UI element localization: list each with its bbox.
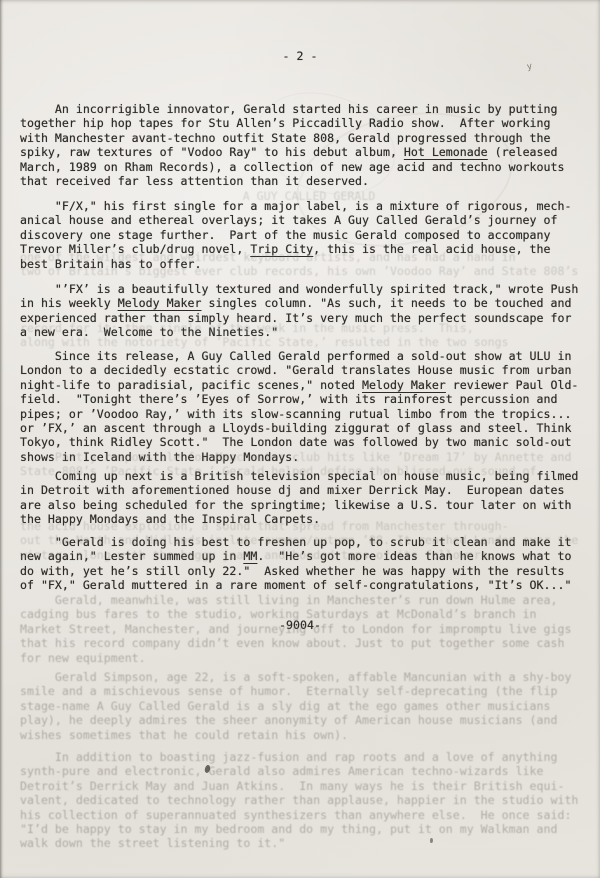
ghost-text-block: one of the wildest and weirdest keyboard… bbox=[20, 250, 598, 279]
ghost-text-line: his collection of superannuated synthesi… bbox=[20, 808, 598, 822]
document-page: - 2 - An incorrigible innovator, Gerald … bbox=[0, 0, 600, 878]
text-segment: together hip hop tapes for Stu Allen’s P… bbox=[20, 116, 550, 130]
text-segment: discovery one stage further. Part of the… bbox=[20, 228, 550, 242]
ghost-text-line: winter, along with the baggy jeans and h… bbox=[20, 548, 598, 562]
text-segment: "’FX’ is a beautifully textured and wond… bbox=[20, 282, 578, 296]
ghost-text-line: Gerald Simpson, age 22, is a soft-spoken… bbox=[20, 670, 598, 684]
ghost-text-line: play), he deeply admires the sheer anony… bbox=[20, 713, 598, 727]
text-segment: spiky, raw textures of "Vodoo Ray" to hi… bbox=[20, 145, 404, 159]
text-segment: anical house and ethereal overlays; it t… bbox=[20, 213, 557, 227]
ghost-text-block: In addition to boasting jazz-fusion and … bbox=[20, 750, 598, 851]
text-segment: are also being scheduled for the springt… bbox=[20, 498, 571, 512]
text-line: in Detroit with aforementioned house dj … bbox=[20, 483, 598, 497]
ghost-text-block: Gerald, meanwhile, was still living in M… bbox=[20, 593, 598, 665]
ghost-text-line: "I’d be happy to stay in my bedroom and … bbox=[20, 822, 598, 836]
text-line: Since its release, A Guy Called Gerald p… bbox=[20, 349, 598, 363]
text-line: anical house and ethereal overlays; it t… bbox=[20, 213, 598, 227]
text-segment: pipes; or ’Voodoo Ray,’ with its slow-sc… bbox=[20, 407, 571, 421]
text-line: that received far less attention than it… bbox=[20, 174, 598, 188]
ghost-text-line: Market Street, Manchester, and journeyin… bbox=[20, 622, 598, 636]
ghost-text-line: the acid house explosion, a sound that s… bbox=[20, 519, 598, 533]
ghost-text-line: stage-name A Guy Called Gerald is a sly … bbox=[20, 699, 598, 713]
text-line: spiky, raw textures of "Vodoo Ray" to hi… bbox=[20, 145, 598, 159]
text-segment: singles column. "As such, it needs to be… bbox=[202, 296, 572, 310]
ghost-text-line: In addition to boasting jazz-fusion and … bbox=[20, 750, 598, 764]
ghost-text-block: Gerald Simpson, age 22, is a soft-spoken… bbox=[20, 670, 598, 742]
ghost-text-block: record for it; then single of the week i… bbox=[20, 321, 598, 350]
underlined-title: Melody Maker bbox=[118, 296, 202, 310]
ghost-text-line: Gerald, meanwhile, was still living in M… bbox=[20, 593, 598, 607]
ghost-text-line: Partly responsible for Manchester club h… bbox=[20, 450, 598, 464]
text-line: London to a decidedly ecstatic crowd. "G… bbox=[20, 363, 598, 377]
ghost-text-line: A GUY CALLED GERALD bbox=[20, 189, 598, 203]
text-segment: London to a decidedly ecstatic crowd. "G… bbox=[20, 363, 571, 377]
text-line: night-life to paradisial, pacific scenes… bbox=[20, 378, 598, 392]
text-segment: March, 1989 on Rham Records), a collecti… bbox=[20, 160, 564, 174]
text-line: do with, yet he’s still only 22." Asked … bbox=[20, 564, 598, 578]
text-segment: of "FX," Gerald muttered in a rare momen… bbox=[20, 578, 571, 592]
ghost-text-line: two of Britain’s biggest ever club recor… bbox=[20, 264, 598, 278]
text-line: or ’FX,’ an ascent through a Lloyds-buil… bbox=[20, 421, 598, 435]
scan-edge-shadow bbox=[0, 0, 4, 878]
text-line: An incorrigible innovator, Gerald starte… bbox=[20, 102, 598, 116]
underlined-title: Melody Maker bbox=[362, 378, 446, 392]
ghost-text-line: wishes sometimes that he could retain hi… bbox=[20, 728, 598, 742]
text-segment: Tokyo, think Ridley Scott." The London d… bbox=[20, 435, 571, 449]
text-segment: An incorrigible innovator, Gerald starte… bbox=[20, 102, 557, 116]
text-segment: field. "Tonight there’s ’Eyes of Sorrow,… bbox=[20, 392, 557, 406]
ghost-text-line: along with the notoriety of ’Pacific Sta… bbox=[20, 335, 598, 349]
page-number: - 2 - bbox=[0, 49, 600, 63]
text-line: of "FX," Gerald muttered in a rare momen… bbox=[20, 578, 598, 592]
paragraph: Since its release, A Guy Called Gerald p… bbox=[20, 349, 598, 464]
ghost-text-line: valent, dedicated to technology rather t… bbox=[20, 793, 598, 807]
ghost-text-block: A GUY CALLED GERALD bbox=[20, 189, 598, 203]
text-line: together hip hop tapes for Stu Allen’s P… bbox=[20, 116, 598, 130]
ghost-text-line: cadging bus fares to the studio, working… bbox=[20, 607, 598, 621]
text-line: in his weekly Melody Maker singles colum… bbox=[20, 296, 598, 310]
text-segment: (released bbox=[488, 145, 558, 159]
text-segment: Since its release, A Guy Called Gerald p… bbox=[20, 349, 571, 363]
ghost-text-block: the acid house explosion, a sound that s… bbox=[20, 519, 598, 562]
text-line: discovery one stage further. Part of the… bbox=[20, 228, 598, 242]
text-line: pipes; or ’Voodoo Ray,’ with its slow-sc… bbox=[20, 407, 598, 421]
text-segment: or ’FX,’ an ascent through a Lloyds-buil… bbox=[20, 421, 571, 435]
text-line: are also being scheduled for the springt… bbox=[20, 498, 598, 512]
text-segment: that received far less attention than it… bbox=[20, 174, 369, 188]
stray-ink-mark: y bbox=[526, 63, 533, 73]
ghost-text-line: Detroit’s Derrick May and Juan Atkins. I… bbox=[20, 779, 598, 793]
text-segment: do with, yet he’s still only 22." Asked … bbox=[20, 564, 564, 578]
text-segment: in Detroit with aforementioned house dj … bbox=[20, 483, 564, 497]
ghost-text-line: record for it; then single of the week i… bbox=[20, 321, 598, 335]
text-line: "’FX’ is a beautifully textured and wond… bbox=[20, 282, 598, 296]
text-segment: in his weekly bbox=[20, 296, 118, 310]
ghost-text-line: out the North and Midlands in late summe… bbox=[20, 533, 598, 547]
text-segment: night-life to paradisial, pacific scenes… bbox=[20, 378, 362, 392]
paragraph: An incorrigible innovator, Gerald starte… bbox=[20, 102, 598, 188]
text-segment: with Manchester avant-techno outfit Stat… bbox=[20, 131, 550, 145]
ghost-text-line: one of the wildest and weirdest keyboard… bbox=[20, 250, 598, 264]
ghost-text-block: Partly responsible for Manchester club h… bbox=[20, 450, 598, 479]
ghost-text-line: synth-pure and electronic, Gerald also a… bbox=[20, 764, 598, 778]
ghost-text-line: for new equipment. bbox=[20, 651, 598, 665]
text-line: March, 1989 on Rham Records), a collecti… bbox=[20, 160, 598, 174]
text-line: field. "Tonight there’s ’Eyes of Sorrow,… bbox=[20, 392, 598, 406]
text-line: with Manchester avant-techno outfit Stat… bbox=[20, 131, 598, 145]
underlined-title: Hot Lemonade bbox=[404, 145, 488, 159]
ghost-text-line: that his record company didn’t even know… bbox=[20, 636, 598, 650]
ghost-text-line: State 808’s ’Pacific State,’ Gerald help… bbox=[20, 464, 598, 478]
ghost-text-line: smile and a mischievous sense of humor. … bbox=[20, 684, 598, 698]
text-segment: reviewer Paul Old- bbox=[446, 378, 579, 392]
text-line: Tokyo, think Ridley Scott." The London d… bbox=[20, 435, 598, 449]
ghost-text-line: walk down the street listening to it." bbox=[20, 836, 598, 850]
